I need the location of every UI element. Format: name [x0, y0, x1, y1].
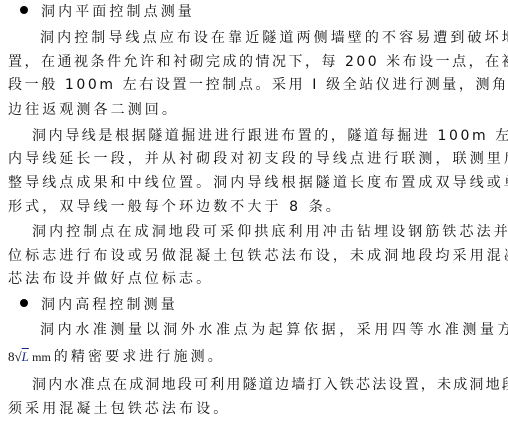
- paragraph-line: 洞内导线是根据隧道掘进进行跟进布置的，隧道每掘进 100m 左右，将洞: [32, 127, 508, 145]
- paragraph-line: 洞内控制导线点应布设在靠近隧道两侧墙壁的不容易遭到破坏地方设: [40, 29, 508, 47]
- section-heading-elevation-control: 洞内高程控制测量: [20, 296, 178, 314]
- bullet-icon: [20, 299, 28, 307]
- formula-unit: mm: [32, 350, 51, 364]
- paragraph-line: 位标志进行布设或另做混凝土包铁芯法布设，未成洞地段均采用混凝土包铁: [8, 247, 508, 265]
- paragraph-line: 洞内控制点在成洞地段可采仰拱底利用冲击钻埋设钢筋铁芯法并做好点: [32, 223, 508, 241]
- bullet-icon: [20, 6, 28, 14]
- formula-variable: L: [22, 349, 29, 364]
- formula: 8√L mm: [8, 349, 54, 364]
- paragraph-line: 段一般 100m 左右设置一控制点。采用 I 级全站仪进行测量，测角四测回，测: [8, 76, 508, 94]
- paragraph-line: 形式，双导线一般每个环边数不大于 8 条。: [8, 198, 343, 216]
- paragraph-line: 洞内水准点在成洞地段可利用隧道边墙打入铁芯法设置，未成洞地段则必: [32, 376, 508, 394]
- heading-text: 洞内高程控制测量: [41, 297, 178, 313]
- paragraph-line: 洞内水准测量以洞外水准点为起算依据，采用四等水准测量方法和±: [40, 321, 508, 339]
- paragraph-line: 置，在通视条件允许和衬砌完成的情况下，每 200 米布设一点，在初期支护: [8, 53, 508, 71]
- heading-text: 洞内平面控制点测量: [41, 4, 195, 20]
- sqrt-symbol: √: [15, 349, 22, 364]
- paragraph-line: 芯法布设并做好点位标志。: [8, 270, 213, 288]
- paragraph-line: 须采用混凝土包铁芯法布设。: [8, 400, 230, 418]
- section-heading-plane-control: 洞内平面控制点测量: [20, 3, 195, 21]
- formula-rest-text: 的精密要求进行施测。: [54, 349, 225, 365]
- paragraph-line: 整导线点成果和中线位置。洞内导线根据隧道长度布置成双导线或单导线的: [8, 174, 508, 192]
- paragraph-line: 内导线延长一段，并从衬砌段对初支段的导线点进行联测，联测里后及时调: [8, 150, 508, 168]
- formula-line: 8√L mm的精密要求进行施测。: [8, 348, 225, 366]
- paragraph-line: 边往返观测各二测回。: [8, 101, 179, 119]
